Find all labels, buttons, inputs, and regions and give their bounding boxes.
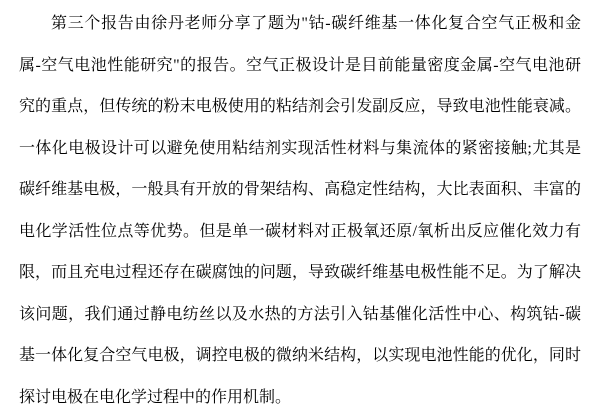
- text-line: 该问题，我们通过静电纺丝以及水热的方法引入钴基催化活性中心、构筑钴-碳: [19, 294, 581, 336]
- text-line: 探讨电极在电化学过程中的作用机制。: [19, 377, 581, 419]
- text-line: 基一体化复合空气电极，调控电极的微纳米结构，以实现电池性能的优化，同时: [19, 335, 581, 377]
- text-line: 碳纤维基电极，一般具有开放的骨架结构、高稳定性结构，大比表面积、丰富的: [19, 169, 581, 211]
- text-line: 电化学活性位点等优势。但是单一碳材料对正极氧还原/氧析出反应催化效力有: [19, 211, 581, 253]
- text-line: 究的重点，但传统的粉末电极使用的粘结剂会引发副反应，导致电池性能衰减。: [19, 86, 581, 128]
- document-page: 第三个报告由徐丹老师分享了题为"钴-碳纤维基一体化复合空气正极和金 属-空气电池…: [0, 0, 600, 419]
- text-line: 限，而且充电过程还存在碳腐蚀的问题，导致碳纤维基电极性能不足。为了解决: [19, 252, 581, 294]
- text-line: 第三个报告由徐丹老师分享了题为"钴-碳纤维基一体化复合空气正极和金: [19, 3, 581, 45]
- text-line: 属-空气电池性能研究"的报告。空气正极设计是目前能量密度金属-空气电池研: [19, 45, 581, 87]
- text-line: 一体化电极设计可以避免使用粘结剂实现活性材料与集流体的紧密接触;尤其是: [19, 128, 581, 170]
